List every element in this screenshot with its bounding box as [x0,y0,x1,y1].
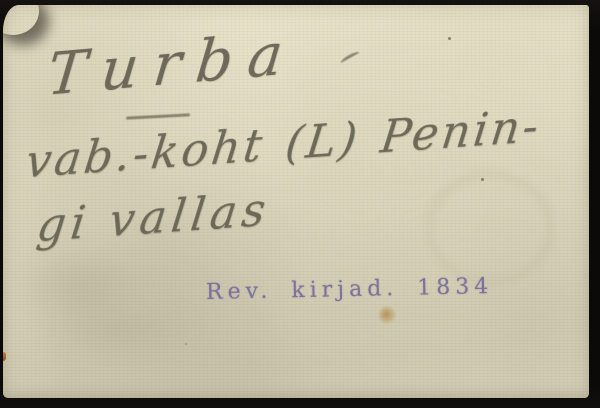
photo-background: Turba vab.-koht (L) Penin- gi vallas Rev… [0,0,600,408]
paper-speck [185,343,187,345]
handwritten-place-name: Turba [45,23,301,104]
archival-index-card: Turba vab.-koht (L) Penin- gi vallas Rev… [3,5,589,398]
foxing-spot [379,306,396,325]
paper-speck [448,37,451,40]
handwritten-description-continuation: gi vallas [34,187,272,249]
edge-fiber-speck [3,352,6,361]
handwritten-underline-stroke [126,113,190,119]
handwritten-accent-mark [340,50,360,63]
archive-date-stamp: Rev. kirjad. 1834 [206,276,494,304]
watermark-ring [428,173,552,283]
paper-speck [481,178,484,181]
ink-bleedthrough-stain [27,303,207,357]
handwritten-description-line: vab.-koht (L) Penin- [23,103,543,184]
card-corner-shadow [3,5,39,35]
